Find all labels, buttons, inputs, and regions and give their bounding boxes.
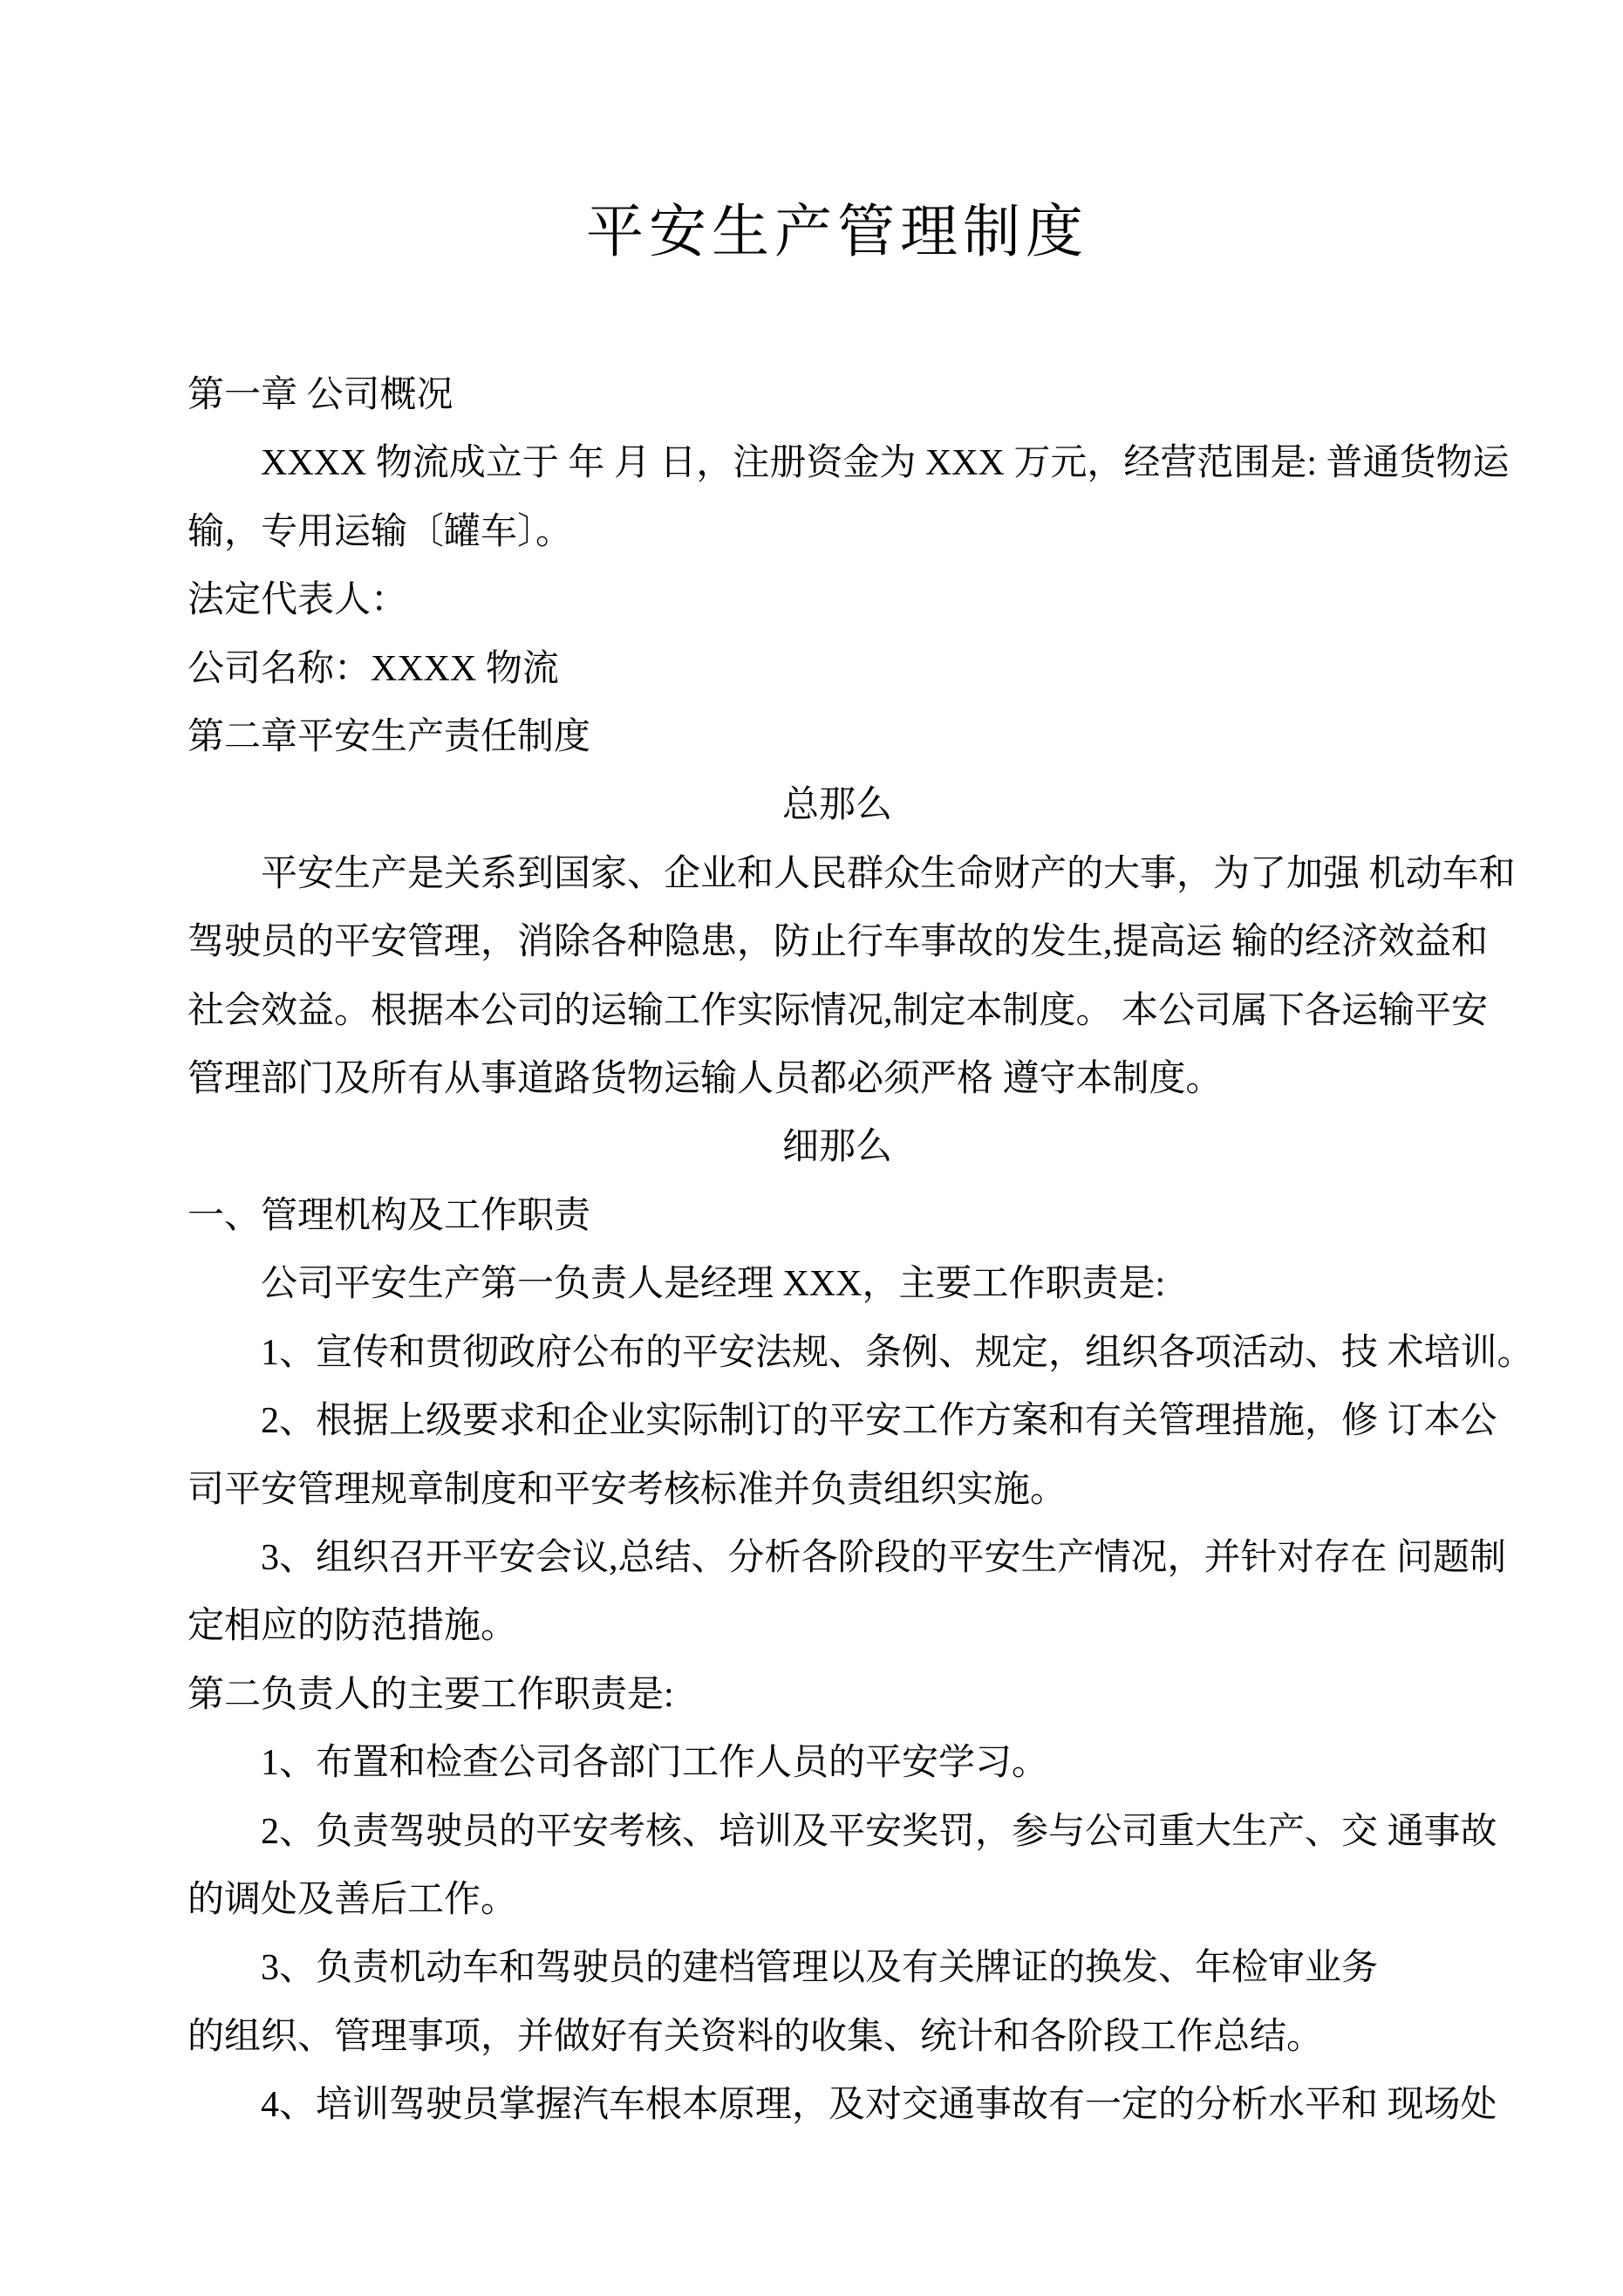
text-line: 第二负责人的主要工作职责是: (188, 1661, 1487, 1729)
text-line: 2、根据上级要求和企业实际制订的平安工作方案和有关管理措施，修 订本公 (188, 1387, 1487, 1455)
document-content: 平安生产管理制度 第一章 公司概况XXXX 物流成立于 年 月 日，注册资金为 … (0, 0, 1623, 2140)
text-line: 1、布置和检查公司各部门工作人员的平安学习。 (188, 1729, 1487, 1797)
text-line: 3、组织召开平安会议,总结、分析各阶段的平安生产情况，并针对存在 问题制 (188, 1524, 1487, 1592)
document-page: 平安生产管理制度 第一章 公司概况XXXX 物流成立于 年 月 日，注册资金为 … (0, 0, 1623, 2296)
text-line: 4、培训驾驶员掌握汽车根本原理，及对交通事故有一定的分析水平和 现场处 (188, 2071, 1487, 2139)
text-line: 1、宣传和贯彻政府公布的平安法规、条例、规定，组织各项活动、技 术培训。 (188, 1319, 1487, 1387)
text-line: 总那么 (188, 771, 1487, 839)
text-line: 的组织、管理事项，并做好有关资料的收集、统计和各阶段工作总结。 (188, 2003, 1487, 2071)
text-line: 细那么 (188, 1113, 1487, 1181)
text-line: 一、管理机构及工作职责 (188, 1182, 1487, 1250)
text-line: 公司名称：XXXX 物流 (188, 635, 1487, 703)
text-line: 社会效益。根据本公司的运输工作实际情况,制定本制度。 本公司属下各运输平安 (188, 977, 1487, 1045)
text-line: 第二章平安生产责任制度 (188, 703, 1487, 771)
text-line: 管理部门及所有从事道路货物运输人员都必须严格 遵守本制度。 (188, 1045, 1487, 1113)
text-line: 3、负责机动车和驾驶员的建档管理以及有关牌证的换发、年检审业务 (188, 1934, 1487, 2002)
text-line: 公司平安生产第一负责人是经理 XXX，主要工作职责是: (188, 1250, 1487, 1318)
text-line: 第一章 公司概况 (188, 361, 1487, 429)
text-line: 的调处及善后工作。 (188, 1866, 1487, 1934)
document-body: 第一章 公司概况XXXX 物流成立于 年 月 日，注册资金为 XXX 万元，经营… (188, 361, 1487, 2140)
text-line: 法定代表人： (188, 566, 1487, 634)
document-title: 平安生产管理制度 (188, 0, 1487, 272)
text-line: 司平安管理规章制度和平安考核标准并负责组织实施。 (188, 1456, 1487, 1524)
text-line: XXXX 物流成立于 年 月 日，注册资金为 XXX 万元，经营范围是: 普通货… (188, 429, 1487, 497)
text-line: 驾驶员的平安管理，消除各种隐患，防止行车事故的发生,提高运 输的经济效益和 (188, 908, 1487, 976)
text-line: 平安生产是关系到国家、企业和人民群众生命财产的大事，为了加强 机动车和 (188, 840, 1487, 908)
text-line: 2、负责驾驶员的平安考核、培训及平安奖罚，参与公司重大生产、交 通事故 (188, 1798, 1487, 1866)
text-line: 输，专用运输〔罐车〕。 (188, 498, 1487, 566)
text-line: 定相应的防范措施。 (188, 1592, 1487, 1660)
